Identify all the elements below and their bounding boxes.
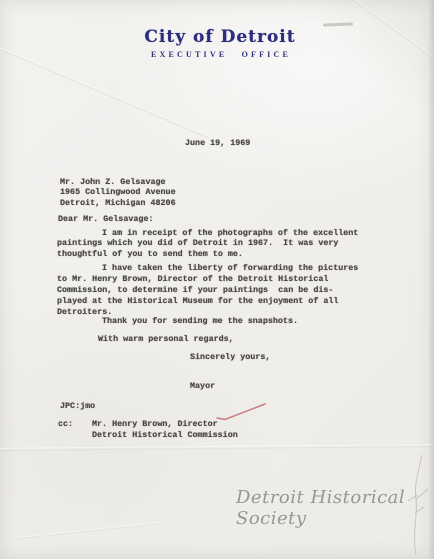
letterhead-office-line: EXECUTIVE OFFICE xyxy=(0,50,434,59)
paper-crease-bottom-left xyxy=(10,522,159,540)
body-paragraph-1: I am in receipt of the photographs of th… xyxy=(57,228,358,259)
typist-reference: JPC:jmo xyxy=(60,401,95,412)
scanned-letter-page: City of Detroit EXECUTIVE OFFICE June 19… xyxy=(0,0,434,559)
letterhead-organization: City of Detroit xyxy=(0,27,434,47)
red-checkmark-icon xyxy=(215,402,269,422)
recipient-address: Mr. John Z. Gelsavage 1965 Collingwood A… xyxy=(60,177,176,208)
body-paragraph-2: I have taken the liberty of forwarding t… xyxy=(57,263,358,318)
watermark-text: Detroit Historical Society xyxy=(236,487,434,529)
paper-crease-horizontal xyxy=(0,444,434,451)
body-paragraph-regards: With warm personal regards, xyxy=(98,334,234,345)
pencil-smudge xyxy=(323,22,353,26)
cc-recipients: Mr. Henry Brown, Director Detroit Histor… xyxy=(92,419,238,441)
body-paragraph-thanks: Thank you for sending me the snapshots. xyxy=(102,316,298,327)
cc-label: cc: xyxy=(58,419,92,441)
cc-block: cc: Mr. Henry Brown, Director Detroit Hi… xyxy=(58,419,238,441)
date-line: June 19, 1969 xyxy=(185,138,250,149)
salutation: Dear Mr. Gelsavage: xyxy=(58,214,154,225)
closing-line: Sincerely yours, xyxy=(190,352,270,363)
signature-title: Mayor xyxy=(190,381,215,392)
